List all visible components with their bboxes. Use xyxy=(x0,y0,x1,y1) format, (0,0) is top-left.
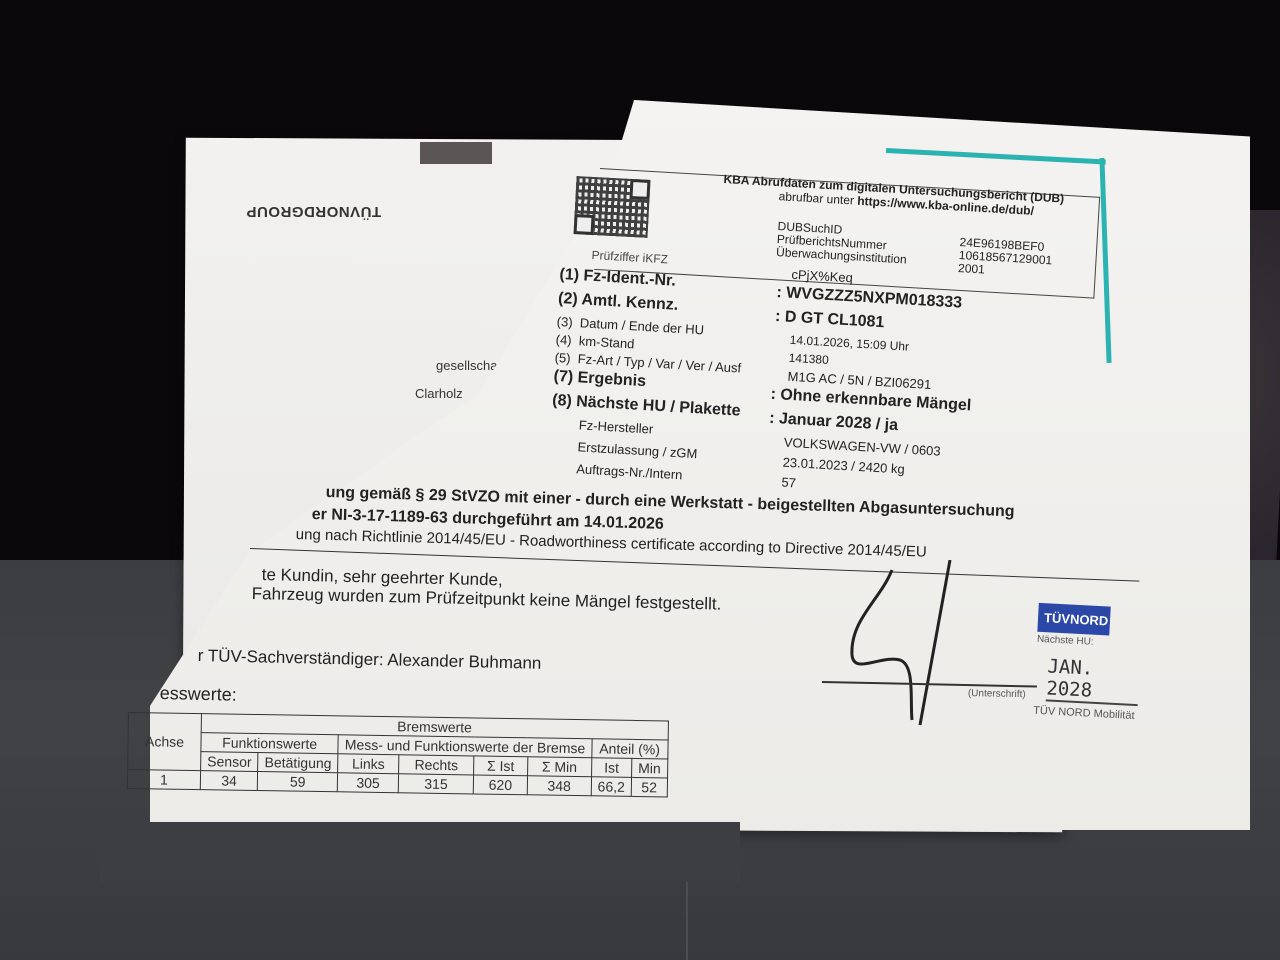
stamp-date: JAN. 2028 xyxy=(1046,655,1140,706)
brake-subheader: Sensor xyxy=(201,752,259,772)
row-number: (5) xyxy=(554,350,571,366)
messwerte-label: esswerte: xyxy=(160,683,237,706)
brake-cell: 1 xyxy=(127,770,200,790)
brake-subheader: Rechts xyxy=(399,755,474,775)
row-number: (1) xyxy=(559,266,580,284)
funktionswerte-header: Funktionswerte xyxy=(201,733,339,754)
signature-icon xyxy=(840,560,980,730)
sheet-tab xyxy=(420,142,492,164)
anteil-header: Anteil (%) xyxy=(592,739,668,759)
brake-cell: 620 xyxy=(473,775,527,795)
brake-subheader: Σ Ist xyxy=(474,756,528,776)
row-number: (8) xyxy=(552,392,573,410)
brake-cell: 348 xyxy=(527,776,591,796)
row-number: (3) xyxy=(556,314,573,330)
row-number: (2) xyxy=(558,290,579,308)
brake-values-table: Achse Bremswerte Funktionswerte Mess- un… xyxy=(127,712,669,797)
brake-cell: 52 xyxy=(631,777,667,797)
tuv-nord-logo: TÜVNORD xyxy=(1037,603,1110,636)
brake-subheader: Min xyxy=(632,758,668,778)
row-number: (4) xyxy=(555,332,572,348)
brake-cell: 34 xyxy=(200,771,258,791)
col-achse-header: Achse xyxy=(128,713,202,771)
tuv-nord-hu-stamp: TÜVNORD Nächste HU: JAN. 2028 TÜV NORD M… xyxy=(1033,603,1162,715)
kba-fields-values: 24E96198BEF0 10618567129001 2001 xyxy=(958,236,1054,280)
stamp-label: Nächste HU: xyxy=(1037,634,1161,651)
brake-cell: 305 xyxy=(338,773,399,793)
brake-cell: 66,2 xyxy=(591,777,632,797)
brake-cell: 315 xyxy=(398,774,473,794)
brake-cell: 59 xyxy=(258,772,338,792)
brake-subheader: Σ Min xyxy=(527,757,591,777)
seat-overlap xyxy=(100,822,740,882)
field-label-km-stand: km-Stand xyxy=(578,333,634,351)
brake-subheader: Ist xyxy=(591,758,632,778)
kba-fields-labels: DUBSuchID PrüfberichtsNummer Überwachung… xyxy=(776,220,909,266)
row-number: (7) xyxy=(553,368,574,386)
value-auftrags-nr: 57 xyxy=(781,475,796,491)
value-km: 141380 xyxy=(788,351,829,367)
tuv-nord-group-logo-mirrored: TÜVNORDGROUP xyxy=(246,203,381,220)
back-sheet-fragment-clarholz: Clarholz xyxy=(415,386,463,401)
signature-label: (Unterschrift) xyxy=(968,688,1026,700)
field-label-ergebnis: Ergebnis xyxy=(577,369,646,390)
brake-subheader: Betätigung xyxy=(258,753,338,773)
brake-subheader: Links xyxy=(338,754,399,774)
